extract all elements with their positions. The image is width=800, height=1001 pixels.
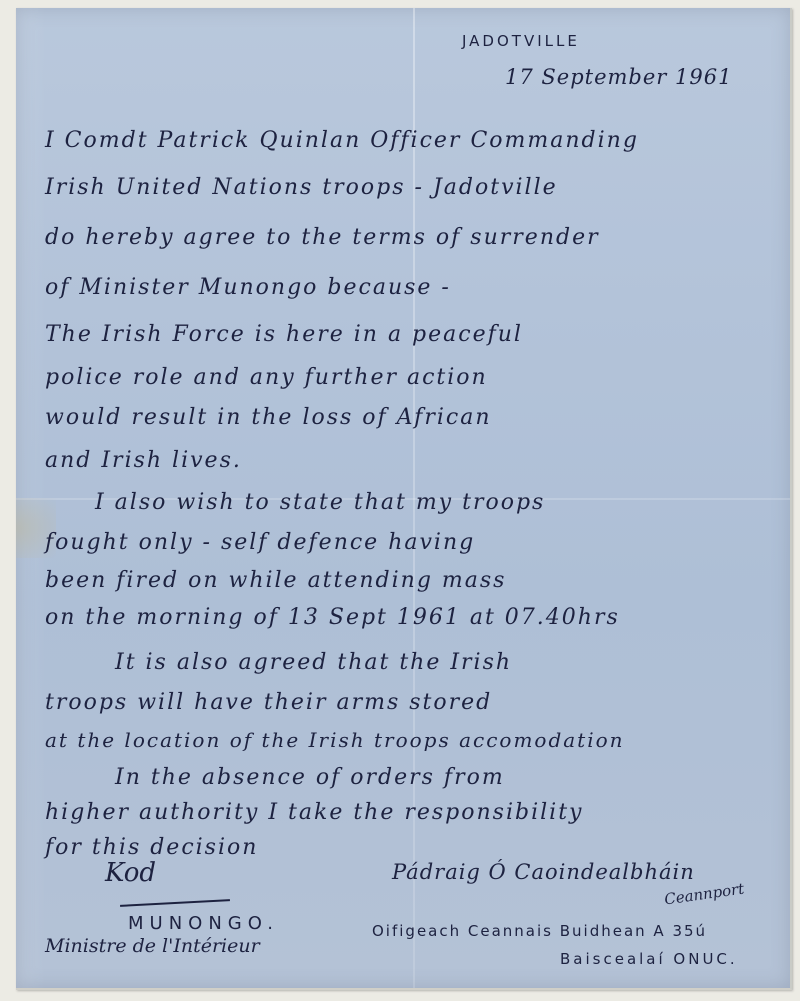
- body-line: do hereby agree to the terms of surrende…: [45, 225, 600, 250]
- body-line: It is also agreed that the Irish: [115, 650, 512, 675]
- signature-munongo: Kod: [105, 858, 156, 888]
- signature-quinlan: Pádraig Ó Caoindealbháin: [392, 860, 695, 884]
- document-scan: JADOTVILLE 17 September 1961 I Comdt Pat…: [0, 0, 800, 1001]
- body-line: for this decision: [45, 835, 258, 860]
- letter-place: JADOTVILLE: [462, 32, 580, 50]
- body-line: In the absence of orders from: [115, 765, 505, 790]
- signatory-rank-quinlan: Oifigeach Ceannais Buidhean A 35ú: [372, 922, 707, 940]
- signatory-title-munongo: Ministre de l'Intérieur: [45, 935, 260, 957]
- body-line: and Irish lives.: [45, 448, 242, 473]
- signatory-unit-quinlan: Baiscealaí ONUC.: [560, 950, 738, 968]
- body-line: higher authority I take the responsibili…: [45, 800, 583, 825]
- signatory-name-munongo: MUNONGO.: [128, 913, 279, 934]
- body-line: police role and any further action: [45, 365, 488, 390]
- body-line: I also wish to state that my troops: [95, 490, 545, 515]
- letter-date: 17 September 1961: [505, 65, 732, 89]
- body-line: on the morning of 13 Sept 1961 at 07.40h…: [45, 605, 620, 630]
- body-line: fought only - self defence having: [45, 530, 475, 555]
- body-line: would result in the loss of African: [45, 405, 491, 430]
- body-line: I Comdt Patrick Quinlan Officer Commandi…: [45, 128, 639, 153]
- body-line: troops will have their arms stored: [45, 690, 492, 715]
- body-line: of Minister Munongo because -: [45, 275, 451, 300]
- body-line: been fired on while attending mass: [45, 568, 506, 593]
- body-line: Irish United Nations troops - Jadotville: [45, 175, 558, 200]
- body-line: at the location of the Irish troops acco…: [45, 728, 625, 752]
- body-line: The Irish Force is here in a peaceful: [45, 322, 523, 347]
